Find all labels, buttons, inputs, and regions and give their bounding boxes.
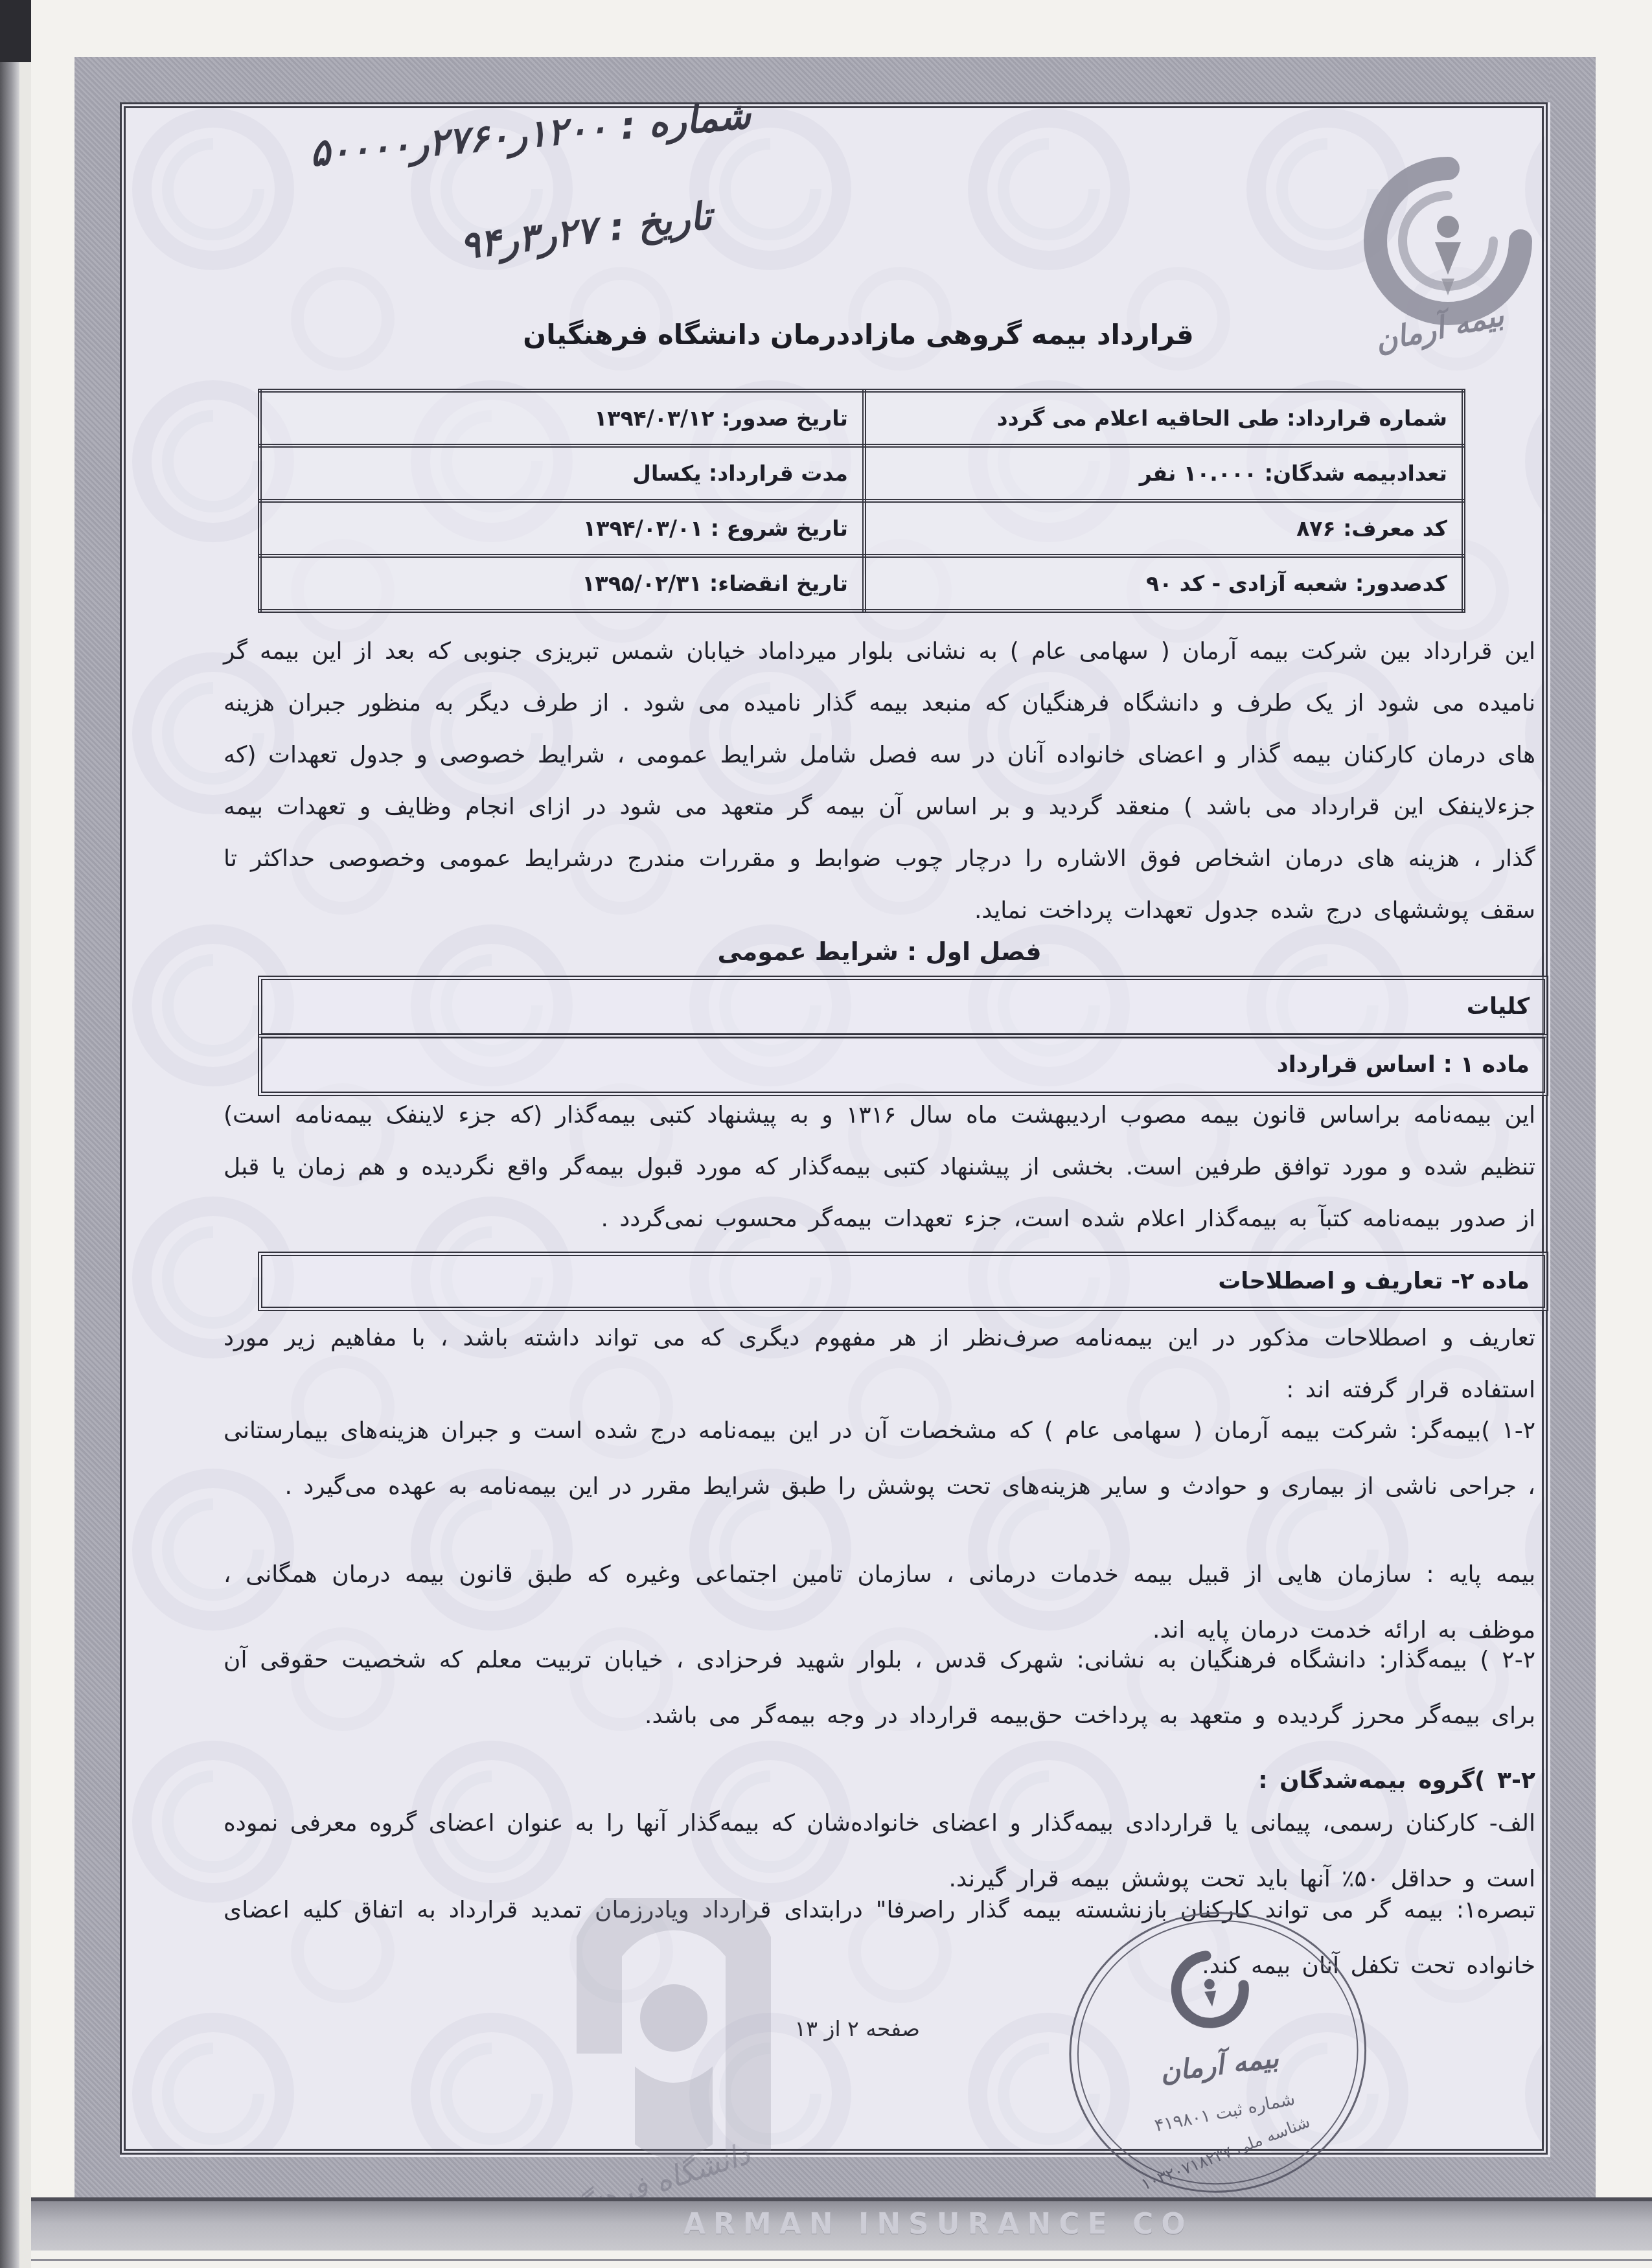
- stamp-swirl-icon: [1173, 1952, 1248, 2027]
- intro-paragraph: این قرارداد بین شرکت بیمه آرمان ( سهامی …: [224, 626, 1535, 937]
- page-number-label: صفحه ۲ از ۱۳: [726, 2016, 920, 2041]
- halftone-border-right: [1550, 57, 1596, 2203]
- scanner-edge-strip: [0, 0, 19, 2268]
- chapter-one-heading: فصل اول : شرایط عمومی: [224, 937, 1535, 966]
- halftone-border-top: [75, 57, 1596, 102]
- contract-duration-cell: مدت قرارداد: یکسال: [260, 446, 864, 501]
- referrer-code-cell: کد معرف: ۸۷۶: [864, 501, 1463, 556]
- article1-paragraph: این بیمه‌نامه براساس قانون بیمه مصوب ارد…: [224, 1090, 1535, 1245]
- info-row-3: کد معرف: ۸۷۶ تاریخ شروع : ۱۳۹۴/۰۳/۰۱: [260, 501, 1463, 556]
- scanner-corner-shadow: [0, 0, 31, 62]
- halftone-border-left: [75, 57, 120, 2203]
- info-row-4: کدصدور: شعبه آزادی - کد ۹۰ تاریخ انقضاء:…: [260, 556, 1463, 611]
- expiry-date-cell: تاریخ انقضاء: ۱۳۹۵/۰۲/۳۱: [260, 556, 864, 611]
- contract-number-cell: شماره قرارداد: طی الحاقیه اعلام می گردد: [864, 391, 1463, 446]
- generalities-box-row: کلیات: [258, 976, 1548, 1038]
- article1-box-row: ماده ۱ : اساس قرارداد: [258, 1034, 1548, 1096]
- contract-info-table: شماره قرارداد: طی الحاقیه اعلام می گردد …: [258, 389, 1465, 613]
- article2-heading-box: ماده ۲- تعاریف و اصطلاحات: [258, 1252, 1548, 1311]
- stamp-brand-script: بیمه آرمان: [1158, 2041, 1281, 2089]
- definition-insurer: ۱-۲ )بیمه‌گر: شرکت بیمه آرمان ( سهامی عا…: [224, 1403, 1535, 1515]
- start-date-cell: تاریخ شروع : ۱۳۹۴/۰۳/۰۱: [260, 501, 864, 556]
- arman-stamp: بیمه آرمان شماره ثبت ۴۱۹۸۰۱ شناسه ملی ۱۰…: [1046, 1886, 1390, 2220]
- footer-rule: [31, 2259, 1652, 2261]
- issue-date-cell: تاریخ صدور: ۱۳۹۴/۰۳/۱۲: [260, 391, 864, 446]
- footer-brand-text: ARMAN INSURANCE CO: [683, 2208, 1193, 2241]
- issue-code-cell: کدصدور: شعبه آزادی - کد ۹۰: [864, 556, 1463, 611]
- info-row-2: تعدادبیمه شدگان: ۱۰.۰۰۰ نفر مدت قرارداد:…: [260, 446, 1463, 501]
- contract-title: قرارداد بیمه گروهی مازاددرمان دانشگاه فر…: [224, 319, 1493, 350]
- insured-count-cell: تعدادبیمه شدگان: ۱۰.۰۰۰ نفر: [864, 446, 1463, 501]
- info-row-1: شماره قرارداد: طی الحاقیه اعلام می گردد …: [260, 391, 1463, 446]
- definition-policyholder: ۲-۲ ) بیمه‌گذار: دانشگاه فرهنگیان به نشا…: [224, 1632, 1535, 1744]
- article2-intro-paragraph: تعاریف و اصطلاحات مذکور در این بیمه‌نامه…: [224, 1312, 1535, 1416]
